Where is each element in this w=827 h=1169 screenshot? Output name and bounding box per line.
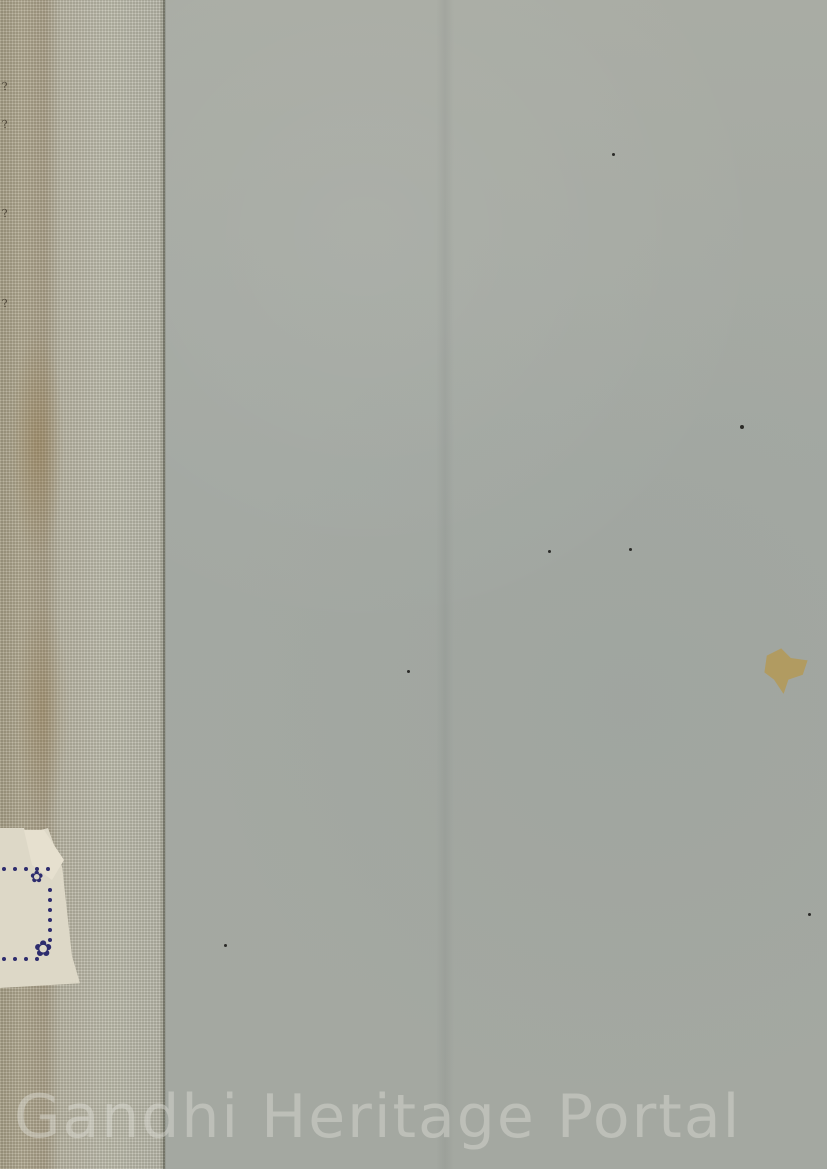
book-cover: ? ? ? ? ✿ ✿ Gandhi Heritage Portal: [0, 0, 827, 1169]
speck: [612, 153, 615, 156]
spine-handwriting: ?: [1, 80, 9, 94]
spine-handwriting: ?: [1, 118, 9, 132]
speck: [740, 425, 744, 429]
spine-stain: [10, 330, 65, 560]
spine-stain: [15, 600, 70, 820]
speck: [407, 670, 410, 673]
board-fold-line: [436, 0, 454, 1169]
spine-handwriting: ?: [1, 297, 9, 311]
label-dotted-border: [48, 888, 52, 942]
cloth-spine: ? ? ? ?: [0, 0, 165, 1169]
spine-handwriting: ?: [1, 207, 9, 221]
flower-icon: ✿: [30, 866, 43, 888]
watermark: Gandhi Heritage Portal: [14, 1082, 814, 1152]
speck: [224, 944, 227, 947]
speck: [808, 913, 811, 916]
speck: [548, 550, 551, 553]
speck: [629, 548, 632, 551]
label-dotted-border: [2, 957, 39, 961]
front-board: [166, 0, 827, 1169]
